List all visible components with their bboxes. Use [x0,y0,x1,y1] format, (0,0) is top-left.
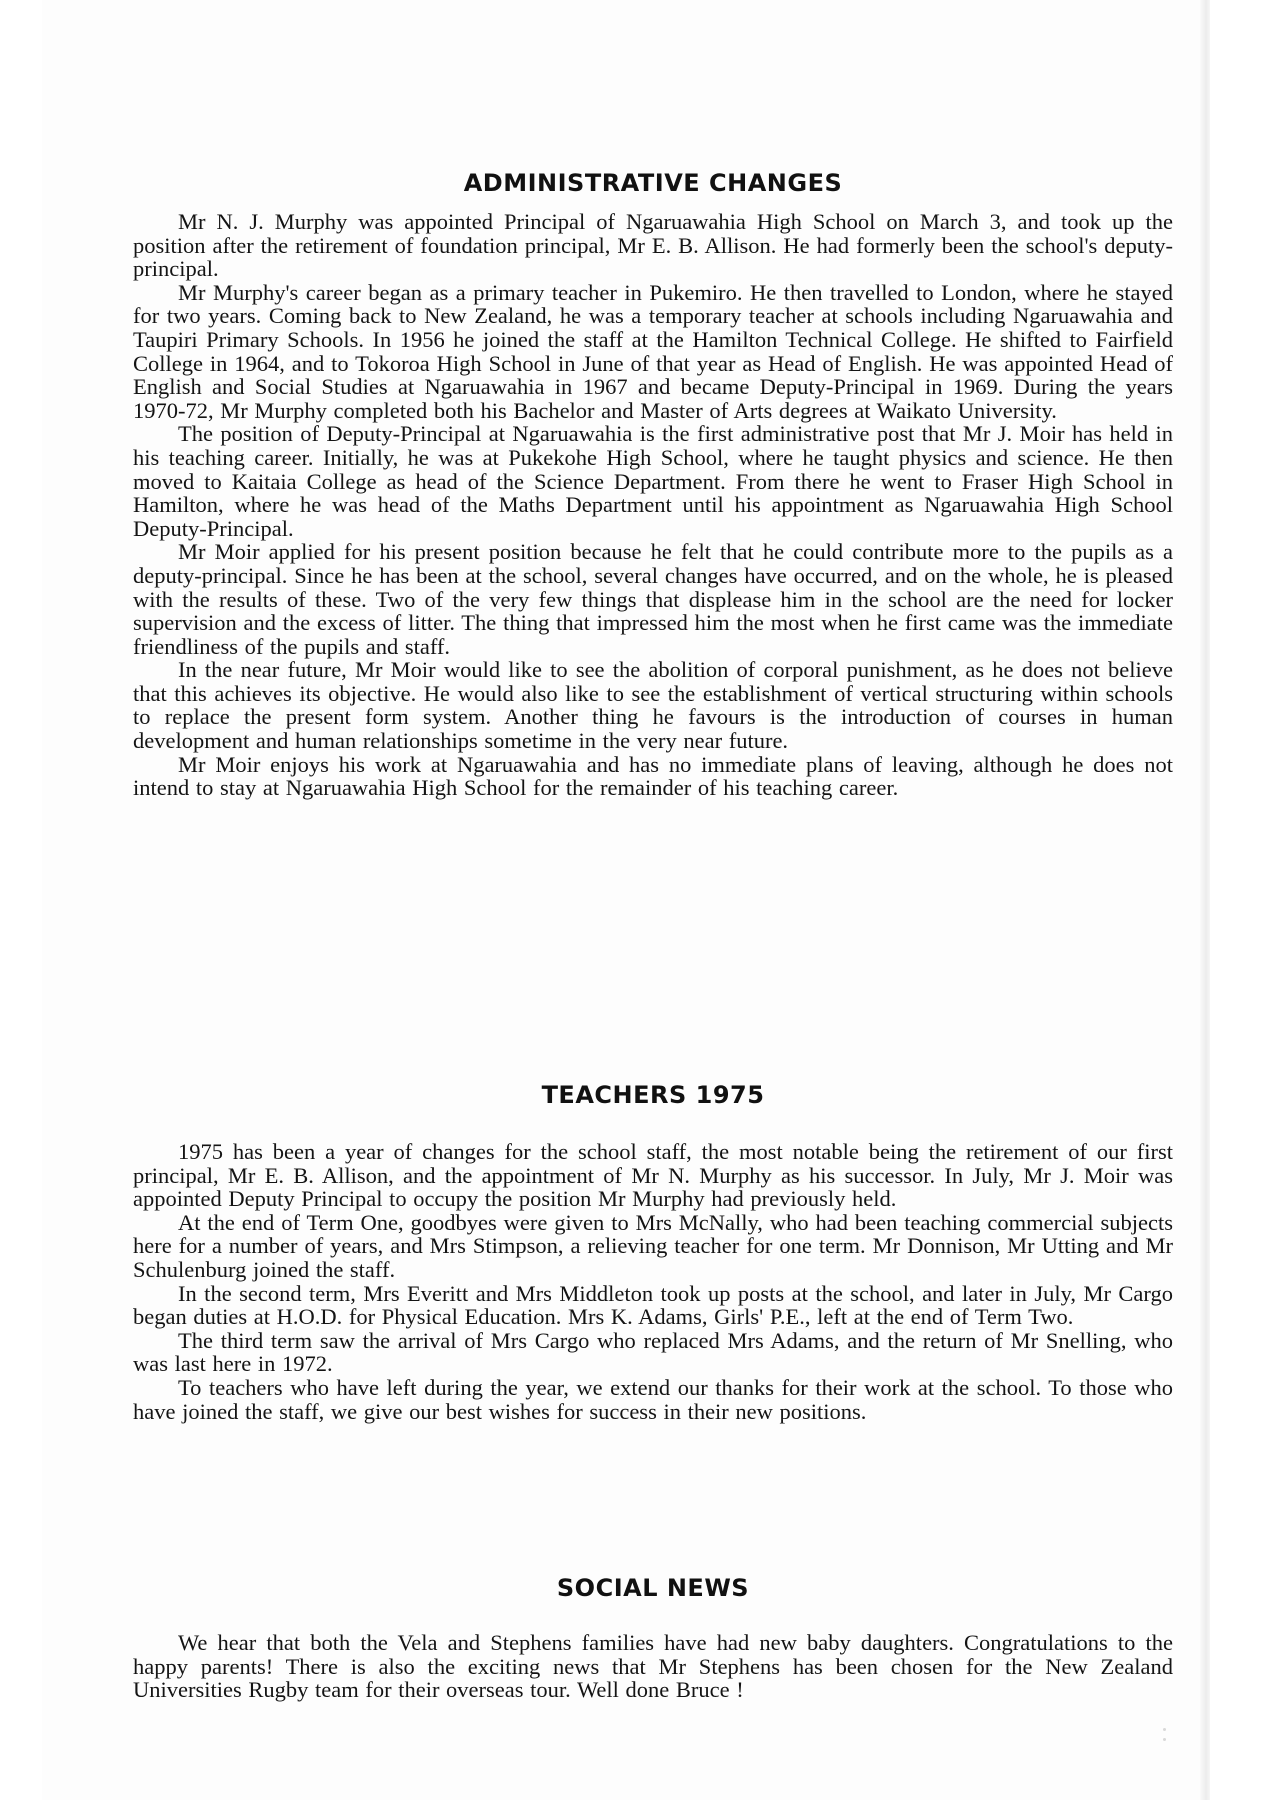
paragraph: The position of Deputy-Principal at Ngar… [133,422,1173,540]
paragraph: In the near future, Mr Moir would like t… [133,658,1173,752]
paragraph: The third term saw the arrival of Mrs Ca… [133,1329,1173,1376]
section-social-news: SOCIAL NEWS We hear that both the Vela a… [133,1573,1173,1702]
scan-speck [1163,1728,1166,1731]
paragraph: Mr Moir applied for his present position… [133,540,1173,658]
scan-page-edge-shadow [1200,0,1210,1800]
scan-margin-left [0,0,42,1800]
section-heading: SOCIAL NEWS [133,1573,1173,1603]
section-teachers-1975: TEACHERS 1975 1975 has been a year of ch… [133,1080,1173,1423]
scan-speck [1163,1738,1166,1741]
paragraph: To teachers who have left during the yea… [133,1376,1173,1423]
section-heading: ADMINISTRATIVE CHANGES [133,168,1173,198]
paragraph: Mr Murphy's career began as a primary te… [133,281,1173,423]
section-administrative-changes: ADMINISTRATIVE CHANGES Mr N. J. Murphy w… [133,168,1173,800]
paragraph: 1975 has been a year of changes for the … [133,1140,1173,1211]
scan-margin-right [1210,0,1272,1800]
paragraph: In the second term, Mrs Everitt and Mrs … [133,1282,1173,1329]
section-heading: TEACHERS 1975 [133,1080,1173,1110]
paragraph: Mr Moir enjoys his work at Ngaruawahia a… [133,753,1173,800]
paragraph: At the end of Term One, goodbyes were gi… [133,1211,1173,1282]
paragraph: We hear that both the Vela and Stephens … [133,1631,1173,1702]
paragraph: Mr N. J. Murphy was appointed Principal … [133,210,1173,281]
